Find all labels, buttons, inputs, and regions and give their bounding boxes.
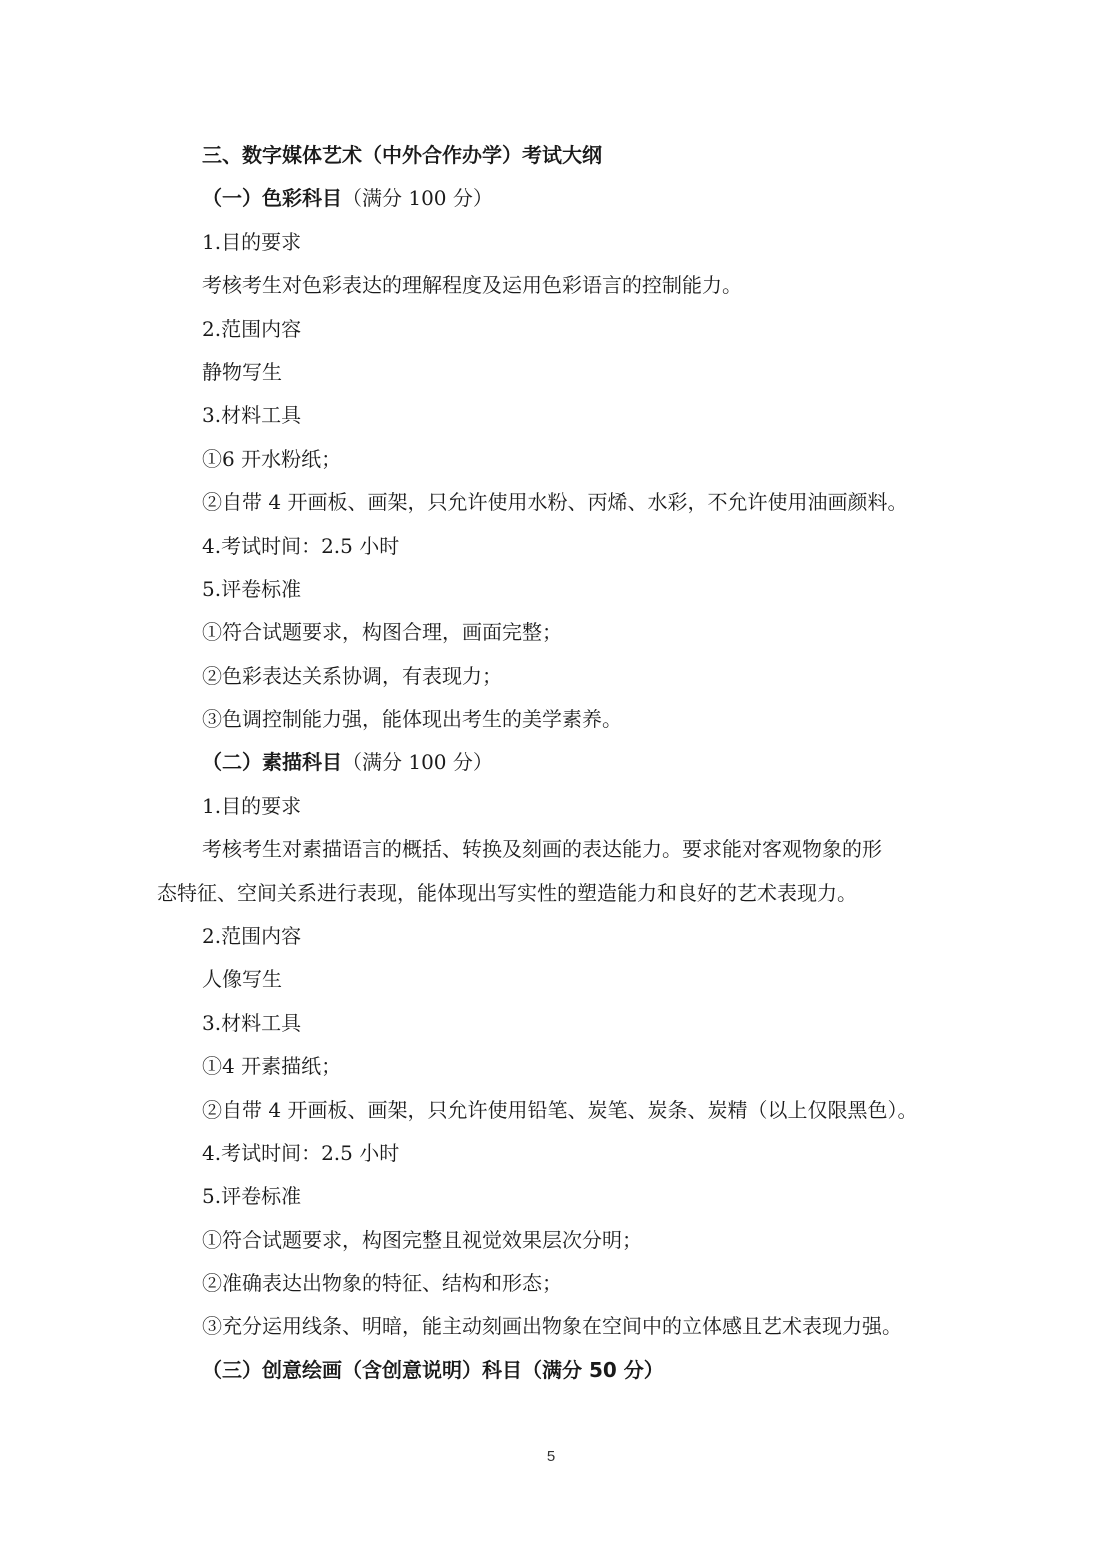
s2-grading-3: ③充分运用线条、明暗，能主动刻画出物象在空间中的立体感且艺术表现力强。	[202, 1314, 902, 1338]
s1-materials-2: ②自带 4 开画板、画架，只允许使用水粉、丙烯、水彩，不允许使用油画颜料。	[202, 490, 907, 514]
s1-item-purpose: 1.目的要求	[202, 230, 301, 254]
s2-materials-1: ①4 开素描纸；	[202, 1054, 341, 1078]
s2-item-scope: 2.范围内容	[202, 924, 301, 948]
section-1-heading: （一）色彩科目（满分 100 分）	[202, 186, 493, 210]
s1-grading-1: ①符合试题要求，构图合理，画面完整；	[202, 620, 562, 644]
section-1-heading-label: （一）色彩科目	[202, 186, 342, 210]
s1-grading-2: ②色彩表达关系协调，有表现力；	[202, 664, 502, 688]
s2-item-grading: 5.评卷标准	[202, 1184, 301, 1208]
s2-item-purpose: 1.目的要求	[202, 794, 301, 818]
s2-purpose-text-2: 态特征、空间关系进行表现，能体现出写实性的塑造能力和良好的艺术表现力。	[157, 881, 857, 905]
s1-materials-1: ①6 开水粉纸；	[202, 447, 341, 471]
section-2-heading: （二）素描科目（满分 100 分）	[202, 750, 493, 774]
s2-grading-2: ②准确表达出物象的特征、结构和形态；	[202, 1271, 562, 1295]
s1-item-scope: 2.范围内容	[202, 317, 301, 341]
s1-scope-text: 静物写生	[202, 360, 282, 384]
section-3-heading: （三）创意绘画（含创意说明）科目（满分 50 分）	[202, 1358, 664, 1382]
s2-grading-1: ①符合试题要求，构图完整且视觉效果层次分明；	[202, 1228, 642, 1252]
section-2-heading-note: （满分 100 分）	[342, 750, 493, 774]
s2-purpose-text-1: 考核考生对素描语言的概括、转换及刻画的表达能力。要求能对客观物象的形	[202, 837, 882, 861]
section-1-heading-note: （满分 100 分）	[342, 186, 493, 210]
s2-materials-2: ②自带 4 开画板、画架，只允许使用铅笔、炭笔、炭条、炭精（以上仅限黑色）。	[202, 1098, 917, 1122]
s2-scope-text: 人像写生	[202, 967, 282, 991]
s1-exam-time: 4.考试时间：2.5 小时	[202, 534, 399, 558]
s1-item-grading: 5.评卷标准	[202, 577, 301, 601]
document-title: 三、数字媒体艺术（中外合作办学）考试大纲	[202, 143, 602, 167]
s2-exam-time: 4.考试时间：2.5 小时	[202, 1141, 399, 1165]
section-2-heading-label: （二）素描科目	[202, 750, 342, 774]
s2-item-materials: 3.材料工具	[202, 1011, 301, 1035]
page-number: 5	[0, 1448, 1102, 1465]
s1-purpose-text: 考核考生对色彩表达的理解程度及运用色彩语言的控制能力。	[202, 273, 742, 297]
s1-item-materials: 3.材料工具	[202, 403, 301, 427]
s1-grading-3: ③色调控制能力强，能体现出考生的美学素养。	[202, 707, 622, 731]
